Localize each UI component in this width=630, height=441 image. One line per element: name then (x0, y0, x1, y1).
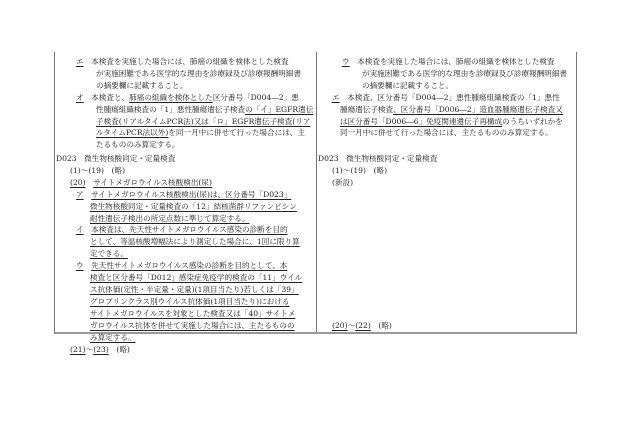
text-span: 本検査、区分番号「D004―2」悪性腫瘍組織検査の「1」悪性 (347, 93, 560, 102)
right-item-u: ウ 本検査を実施した場合には、肺癌の組織を検体とした検査 が実施困難である医学的… (342, 56, 567, 92)
underlined-line: グロブリンクラス別ウイルス抗体価(1項目当たり)における (90, 297, 289, 306)
item-marker: エ (332, 93, 340, 102)
right-item-e: エ 本検査、区分番号「D004―2」悪性腫瘍組織検査の「1」悪性 腫瘍遺伝子検査… (332, 92, 563, 140)
underlined-span: ルタイムPCR法以外) (96, 128, 168, 137)
column-divider (316, 52, 317, 332)
right-section-d023: D023 微生物核酸同定・定量検査 (1)～(19) (略) (新設) (318, 153, 437, 189)
range-omitted: (1)～(19) (略) (56, 165, 302, 177)
underlined-span: は区分番号「D006―6」免疫関連遺伝子再構成 (340, 117, 502, 126)
new-entry-note: (新設) (318, 177, 437, 189)
underlined-line: 微生物核酸同定・定量検査の「12」結核菌群リファンピシン (90, 202, 297, 211)
underlined-line: ガロウイルス抗体を併せて実施した場合には、主たるものの (90, 321, 295, 330)
item-marker: エ (76, 57, 84, 66)
item-marker: イ (76, 225, 84, 234)
sub-item-a: ア サイトメガロウイルス核酸検出(尿)は、区分番号「D023」 微生物核酸同定・… (56, 189, 302, 225)
range-start: (20) (332, 321, 348, 330)
range-omitted-2: (21)～(23) (略) (56, 344, 302, 356)
underlined-span: 、区分番号「D006―2」造血器腫瘍遺伝子検査又 (393, 105, 563, 114)
range-note: (略) (378, 321, 392, 330)
underlined-line: として、等温核酸増幅法により測定した場合に、1回に限り算 (90, 237, 300, 246)
right-range-omitted-2: (20)～(22) (略) (332, 320, 392, 332)
underlined-span: の「イ」EGFR遺伝 (245, 105, 313, 114)
text-line: の摘要欄に記載すること。 (76, 80, 301, 92)
text-span: 区分番号「D004―2」悪 (213, 93, 299, 102)
underlined-line: サイトメガロウイルス核酸検出(尿)は、区分番号「D023」 (91, 190, 291, 199)
underlined-line: サイトメガロウイルスを対象とした検査又は「40」サイトメ (90, 309, 295, 318)
text-span: 本検査と、 (91, 93, 129, 102)
item-number: (20) (70, 178, 86, 187)
item-title: サイトメガロウイルス核酸検出(尿) (93, 178, 212, 187)
text-span: を同一月中に併せて行った場合には、主 (168, 128, 305, 137)
text-line: 同一月中に併せて行った場合には、主たるもののみ算定する。 (332, 127, 563, 139)
range-omitted: (1)～(19) (略) (318, 165, 437, 177)
underlined-line: 先天性サイトメガロウイルス感染の診断を目的として、本 (91, 261, 287, 270)
underlined-line: 定できる。 (90, 249, 128, 258)
underlined-span: 子検査(リアルタイムPCR法)又は「ロ」EGFR遺伝子検査(リア (96, 117, 310, 126)
left-section-d023: D023 微生物核酸同定・定量検査 (1)～(19) (略) (20) サイトメ… (56, 153, 302, 355)
underlined-line: ス抗体価(定性・半定量・定量)(1項目当たり)若しくは「39」 (90, 285, 299, 294)
text-line: たるもののみ算定する。 (76, 139, 313, 151)
text-span: 性腫瘍組織検査の「1」悪性腫瘍遺伝子検査 (96, 105, 245, 114)
section-title: 微生物核酸同定・定量検査 (346, 154, 437, 163)
range-start: (21) (70, 345, 86, 354)
text-span: のうちいずれかを (502, 117, 563, 126)
text-line: の摘要欄に記載すること。 (342, 80, 567, 92)
underlined-line: 耐性遺伝子検出の所定点数に準じて算定する。 (90, 214, 249, 223)
item-marker: ウ (342, 57, 350, 66)
underlined-line: 本検査は、先天性サイトメガロウイルス感染の診断を目的 (91, 225, 287, 234)
text-line: が実施困難である医学的な理由を診療録及び診療報酬明細書 (76, 68, 301, 80)
range-end: (22) (355, 321, 371, 330)
text-line: が実施困難である医学的な理由を診療録及び診療報酬明細書 (342, 68, 567, 80)
text-line: 本検査を実施した場合には、肺癌の組織を検体とした検査 (357, 57, 554, 66)
sub-item-u: ウ 先天性サイトメガロウイルス感染の診断を目的として、本 検査と区分番号「D01… (56, 260, 302, 343)
section-code: D023 (318, 154, 339, 163)
section-code: D023 (56, 154, 77, 163)
sub-item-i: イ 本検査は、先天性サイトメガロウイルス感染の診断を目的 として、等温核酸増幅法… (56, 224, 302, 260)
item-marker: オ (76, 93, 84, 102)
section-title: 微生物核酸同定・定量検査 (84, 154, 175, 163)
left-item-o: オ 本検査と、肺癌の組織を検体とした区分番号「D004―2」悪 性腫瘍組織検査の… (76, 92, 313, 152)
underlined-span: 肺癌の組織を検体とした (129, 93, 213, 102)
range-note: (略) (116, 345, 130, 354)
text-span: 腫瘍遺伝子検査 (340, 105, 393, 114)
range-end: (23) (93, 345, 109, 354)
text-line: 本検査を実施した場合には、肺癌の組織を検体とした検査 (91, 57, 288, 66)
underlined-line: み算定する。 (90, 333, 136, 342)
underlined-line: 検査と区分番号「D012」感染症免疫学的検査の「11」ウイル (90, 273, 302, 282)
left-item-e: エ 本検査を実施した場合には、肺癌の組織を検体とした検査 が実施困難である医学的… (76, 56, 301, 92)
item-marker: ウ (76, 261, 84, 270)
item-marker: ア (76, 190, 84, 199)
